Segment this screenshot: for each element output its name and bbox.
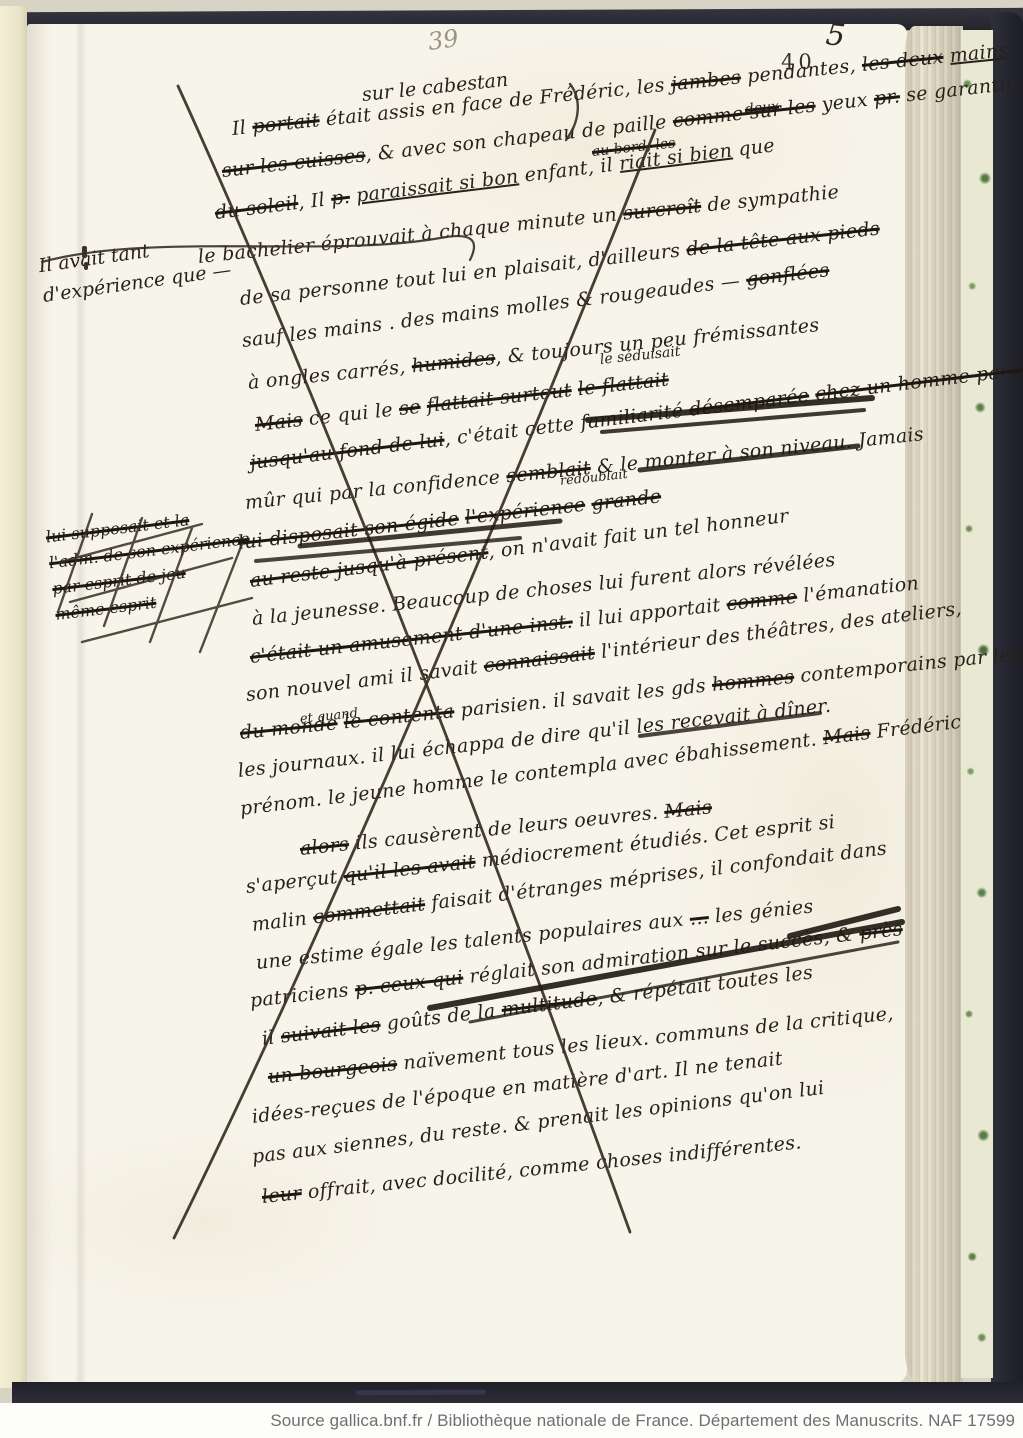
- book-cover-right-edge: [991, 12, 1023, 1404]
- folio-number-pencil: 39: [426, 24, 460, 56]
- ink-smudge: [356, 1390, 486, 1396]
- manuscript-scan: 39 40 5 sur le cabestan Il avait tantd'e…: [0, 0, 1023, 1438]
- source-caption: Source gallica.bnf.fr / Bibliothèque nat…: [270, 1411, 1023, 1431]
- folio-number-5: 5: [824, 17, 847, 54]
- book-fore-edge-pages: [905, 26, 963, 1382]
- book-cover-bottom-edge: [12, 1382, 1023, 1403]
- marbled-endpaper-strip: [961, 30, 993, 1378]
- facing-page-edge: [0, 6, 27, 1388]
- source-caption-bar: Source gallica.bnf.fr / Bibliothèque nat…: [0, 1403, 1023, 1438]
